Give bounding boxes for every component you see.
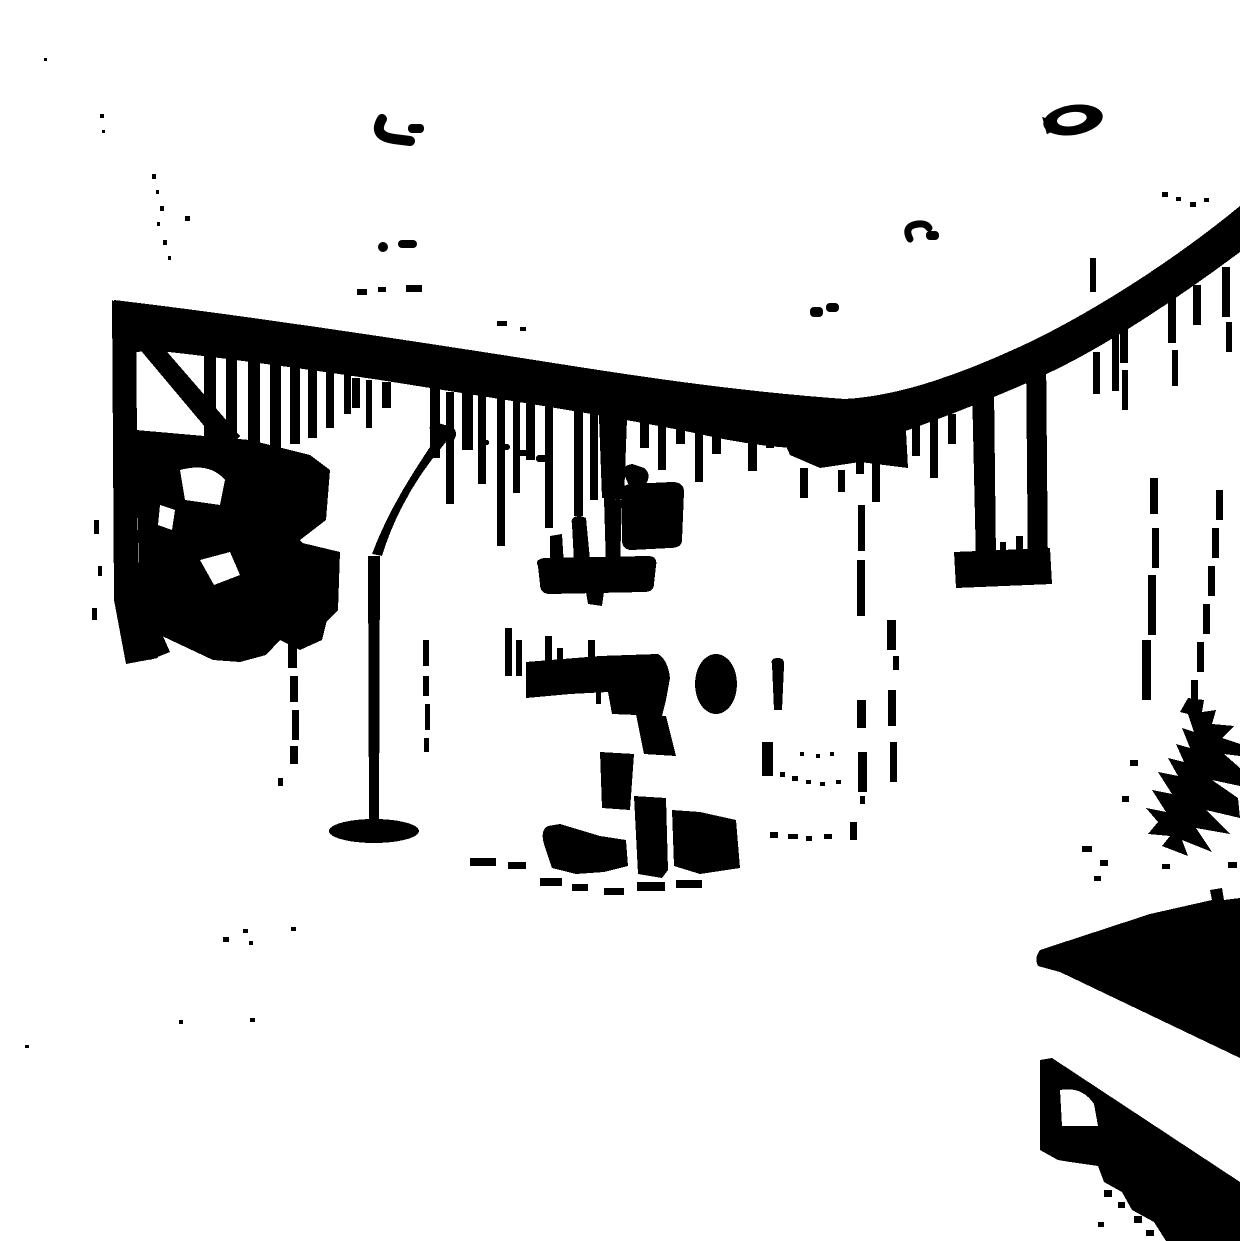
chair-base-center (634, 796, 668, 878)
hanging-unit-column-lower (604, 498, 622, 566)
ceiling-light-dash-b (826, 303, 839, 312)
ceiling-light-dash (398, 240, 417, 248)
chair-cushion (695, 654, 737, 714)
photo-canvas (0, 0, 1240, 1241)
right-window-left-bar (972, 386, 996, 562)
shelf-item-a (550, 534, 564, 566)
binarized-room-photo (0, 0, 1240, 1241)
floor-lamp-base (329, 819, 419, 843)
ceiling-light-c-dot (926, 231, 939, 240)
ceiling-light-hook-tip (408, 124, 424, 133)
hanging-unit-box (622, 482, 684, 550)
right-window-right-bar (1026, 352, 1048, 576)
floor-lamp-pole (368, 556, 380, 822)
chair-base-right (672, 810, 740, 874)
hanging-unit-shelf-bump (586, 592, 604, 606)
ceiling-light-dot (378, 242, 388, 252)
chair-pedestal (600, 752, 634, 810)
ceiling-light-dash-a (810, 307, 823, 317)
hanging-unit-column (598, 390, 628, 500)
